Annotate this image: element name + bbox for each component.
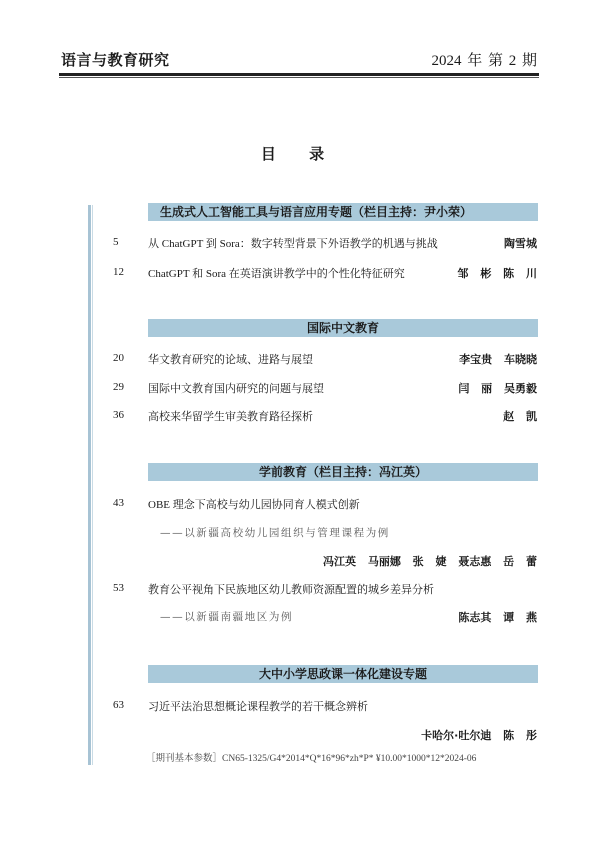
article-title[interactable]: 从 ChatGPT 到 Sora：数字转型背景下外语教学的机遇与挑战 [148,235,438,251]
left-decorative-bar-thin [92,205,93,765]
header-rule-thick [59,73,539,76]
article-page: 36 [113,409,124,421]
article-subtitle: ——以新疆南疆地区为例 [160,609,293,624]
article-authors: 闫 丽 吴勇毅 [458,380,537,396]
article-page: 5 [113,236,119,248]
header-rule-thin [59,77,539,78]
section-heading-preschool: 学前教育（栏目主持：冯江英） [148,463,538,481]
article-authors: 陶雪城 [504,235,537,251]
article-page: 20 [113,352,124,364]
toc-title: 目 录 [0,143,599,164]
section-heading-intl-chinese: 国际中文教育 [148,319,538,337]
article-page: 63 [113,699,124,711]
article-page: 53 [113,582,124,594]
article-subtitle: ——以新疆高校幼儿园组织与管理课程为例 [160,525,390,540]
section-heading-ai-tools: 生成式人工智能工具与语言应用专题（栏目主持：尹小荣） [148,203,538,221]
article-authors: 李宝贵 车晓晓 [459,351,537,367]
article-page: 12 [113,266,124,278]
issue-label: 2024 年 第 2 期 [431,49,537,70]
article-authors: 陈志其 谭 燕 [458,609,537,625]
article-title[interactable]: 高校来华留学生审美教育路径探析 [148,408,313,424]
article-authors: 邹 彬 陈 川 [458,265,538,281]
article-title[interactable]: 华文教育研究的论域、进路与展望 [148,351,313,367]
journal-title: 语言与教育研究 [61,49,170,70]
article-authors: 赵 凯 [503,408,537,424]
article-page: 29 [113,381,124,393]
section-heading-ideology: 大中小学思政课一体化建设专题 [148,665,538,683]
article-title[interactable]: 习近平法治思想概论课程教学的若干概念辨析 [148,698,368,714]
article-title[interactable]: ChatGPT 和 Sora 在英语演讲教学中的个性化特征研究 [148,265,405,281]
article-authors: 冯江英 马丽娜 张 婕 聂志惠 岳 蕾 [323,553,537,569]
left-decorative-bar [88,205,91,765]
article-title[interactable]: 国际中文教育国内研究的问题与展望 [148,380,324,396]
article-page: 43 [113,497,124,509]
article-title[interactable]: OBE 理念下高校与幼儿园协同育人模式创新 [148,496,360,512]
article-authors: 卡哈尔·吐尔迪 陈 彤 [421,727,537,743]
article-title[interactable]: 教育公平视角下民族地区幼儿教师资源配置的城乡差异分析 [148,581,434,597]
journal-parameters: ［期刊基本参数］CN65-1325/G4*2014*Q*16*96*zh*P* … [146,750,476,764]
